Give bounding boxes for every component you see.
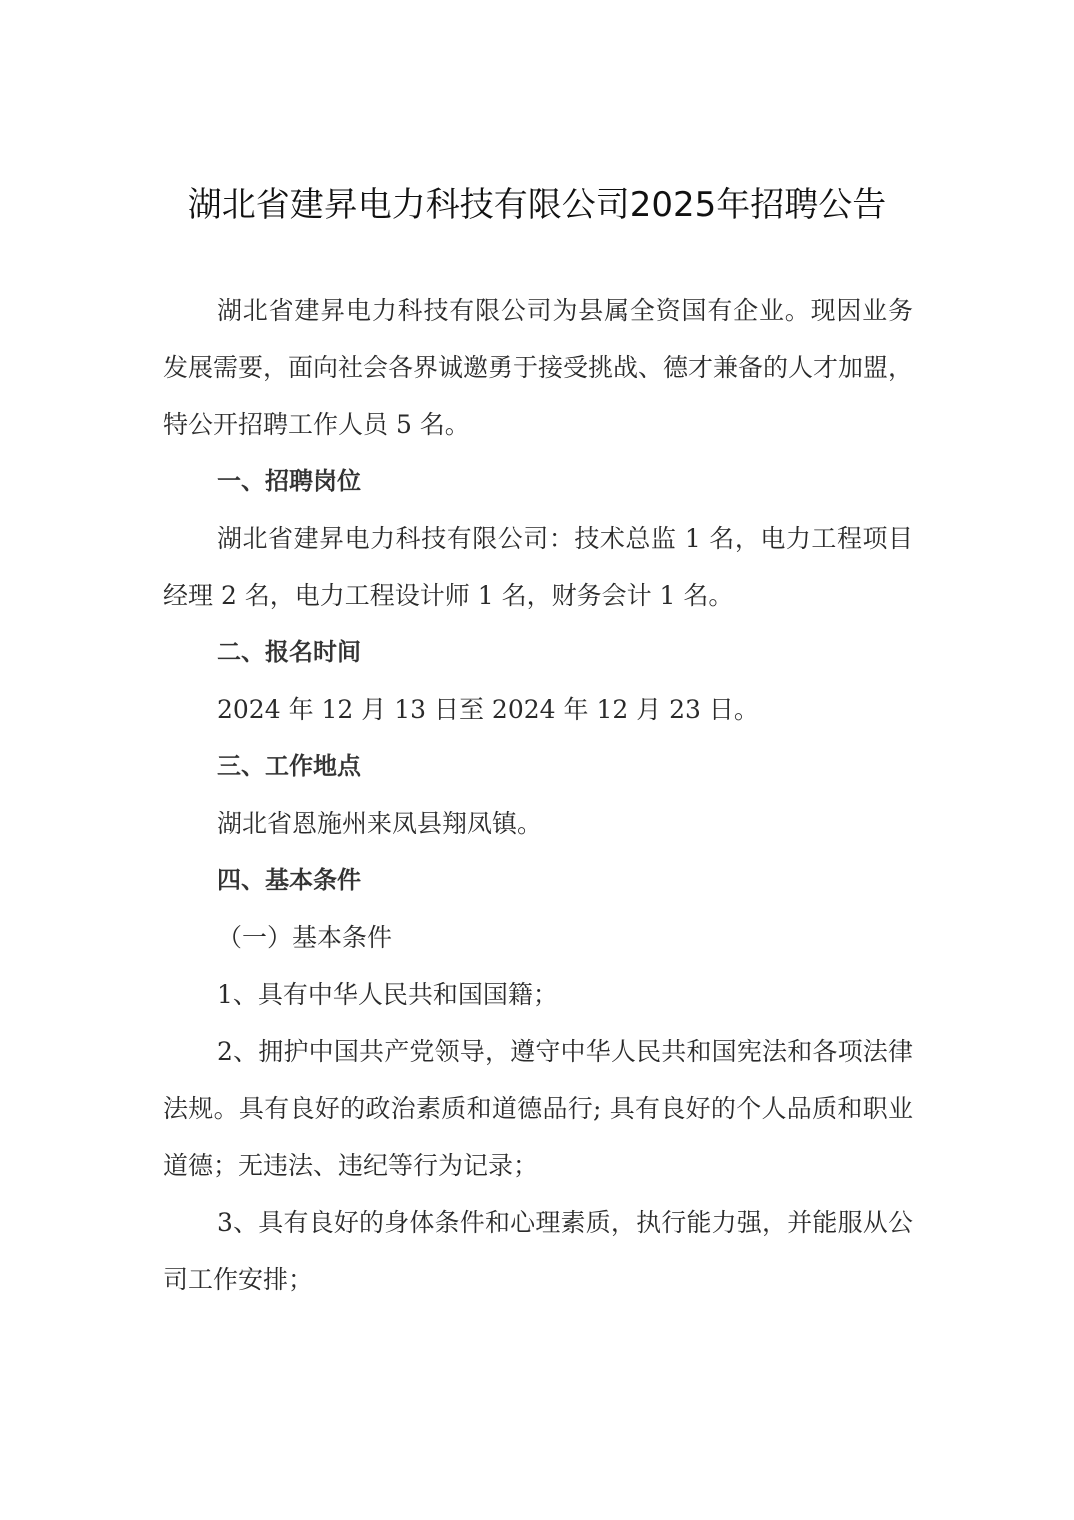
section-heading-positions: 一、招聘岗位 [163, 453, 913, 510]
section-content-work-location: 湖北省恩施州来凤县翔凤镇。 [163, 795, 913, 852]
document-page: 湖北省建昇电力科技有限公司2025年招聘公告 湖北省建昇电力科技有限公司为县属全… [0, 0, 1074, 1520]
requirement-item: 2、拥护中国共产党领导，遵守中华人民共和国宪法和各项法律法规。具有良好的政治素质… [163, 1023, 913, 1194]
document-body: 湖北省建昇电力科技有限公司为县属全资国有企业。现因业务发展需要，面向社会各界诚邀… [163, 282, 913, 1308]
requirement-item: 1、具有中华人民共和国国籍； [163, 966, 913, 1023]
intro-paragraph: 湖北省建昇电力科技有限公司为县属全资国有企业。现因业务发展需要，面向社会各界诚邀… [163, 282, 913, 453]
section-content-positions: 湖北省建昇电力科技有限公司：技术总监 1 名，电力工程项目经理 2 名，电力工程… [163, 510, 913, 624]
subsection-heading-basic-requirements: （一）基本条件 [163, 909, 913, 966]
document-title: 湖北省建昇电力科技有限公司2025年招聘公告 [0, 180, 1074, 230]
section-heading-work-location: 三、工作地点 [163, 738, 913, 795]
section-content-registration-time: 2024 年 12 月 13 日至 2024 年 12 月 23 日。 [163, 681, 913, 738]
section-heading-registration-time: 二、报名时间 [163, 624, 913, 681]
requirement-item: 3、具有良好的身体条件和心理素质，执行能力强，并能服从公司工作安排； [163, 1194, 913, 1308]
section-heading-basic-requirements: 四、基本条件 [163, 852, 913, 909]
